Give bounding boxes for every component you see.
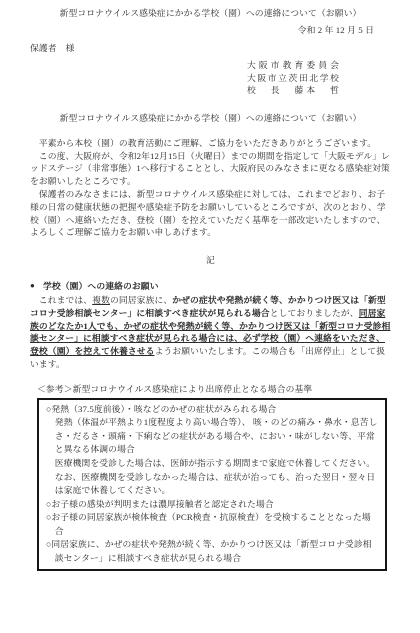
sender-organization: 大阪市教育委員会	[247, 59, 339, 71]
reference-caption: ＜参考＞新型コロナウイルス感染症により出席停止となる場合の基準	[37, 383, 391, 396]
paragraph-red-stage: この度、大阪府が、令和2年12月15日（火曜日）までの期間を指定して「大阪モデル…	[30, 150, 391, 188]
record-marker: 記	[30, 254, 391, 267]
paragraph-greeting: 平素から本校（園）の教育活動にご理解、ご協力をいただきありがとうございます。	[30, 137, 391, 150]
bullet-circle-icon: ●	[30, 280, 35, 292]
document-title: 新型コロナウイルス感染症にかかる学校（園）への連絡について（お願い）	[30, 7, 391, 20]
criteria-item-text: お子様の同居家族が検体検査（PCR検査・抗原検査）を受検することとなった場合	[51, 512, 370, 536]
recipient-line: 保護者 様	[30, 42, 391, 55]
notice-heading-label: 学校（園）への連絡のお願い	[43, 280, 159, 293]
notice-seg-3: の同居家族に、	[110, 295, 172, 305]
criteria-item-text: 発熱（37.5度前後）・咳などのかぜの症状がみられる場合	[51, 404, 276, 414]
criteria-item-infection-confirmed: ○お子様の感染が判明または濃厚接触者と認定された場合	[46, 498, 378, 512]
sender-principal: 校 長 藤本 哲	[247, 84, 339, 96]
document-date: 令和 2 年 12 月 5 日	[30, 24, 391, 37]
sender-school: 大阪市立茨田北学校	[247, 72, 339, 84]
criteria-item-family-pcr-test: ○お子様の同居家族が検体検査（PCR検査・抗原検査）を受検することとなった場合	[46, 511, 378, 538]
reference-criteria-box: ○発熱（37.5度前後）・咳などのかぜの症状がみられる場合 発熱（体温が平熱より…	[37, 398, 387, 572]
criteria-detail-symptoms: 発熱（体温が平熱より1度程度より高い場合等）、 咳・のどの痛み・鼻水・息苦しさ・…	[55, 416, 378, 457]
notice-seg-1: これまでは、	[39, 295, 92, 305]
criteria-detail-no-visit: なお、医療機関を受診しなかった場合は、症状が治っても、治った翌日・翌々日は家庭で…	[55, 471, 378, 498]
criteria-item-fever: ○発熱（37.5度前後）・咳などのかぜの症状がみられる場合	[46, 403, 378, 417]
criteria-item-text: お子様の感染が判明または濃厚接触者と認定された場合	[51, 499, 273, 509]
criteria-item-family-symptoms: ○同居家族に、かぜの症状や発熱が続く等、かかりつけ医又は「新型コロナ受診相談セン…	[46, 538, 378, 565]
letter-page: 新型コロナウイルス感染症にかかる学校（園）への連絡について（お願い） 令和 2 …	[0, 0, 420, 633]
notice-seg-5: としておりましたが、	[270, 308, 359, 318]
notice-heading-row: ● 学校（園）への連絡のお願い	[30, 280, 391, 293]
subject-line: 新型コロナウイルス感染症にかかる学校（園）への連絡について（お願い）	[30, 112, 391, 125]
paragraph-revision: 保護者のみなさまには、新型コロナウイルス感染症に対しては、これまでどおり、お子様…	[30, 188, 391, 239]
criteria-detail-doctor-visit: 医療機関を受診した場合は、医師が指示する期間まで家庭で休養してください。	[55, 457, 378, 471]
sender-block: 大阪市教育委員会 大阪市立茨田北学校 校 長 藤本 哲	[247, 59, 339, 95]
criteria-item-text: 同居家族に、かぜの症状や発熱が続く等、かかりつけ医又は「新型コロナ受診相談センタ…	[51, 539, 371, 563]
notice-seg-2-underlined: 複数	[92, 295, 110, 305]
notice-paragraph: これまでは、複数の同居家族に、かぜの症状や発熱が続く等、かかりつけ医又は「新型コ…	[30, 294, 391, 371]
